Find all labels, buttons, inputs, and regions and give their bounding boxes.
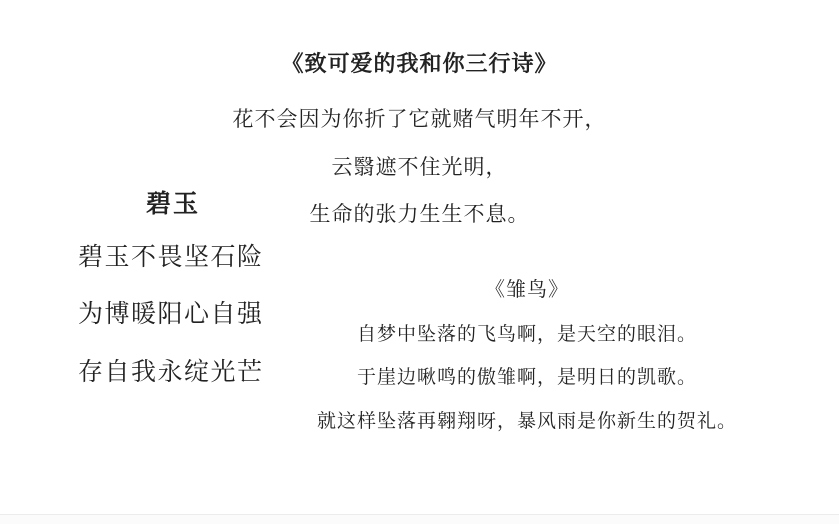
left-poem-line-3: 存自我永绽光芒 <box>78 352 318 388</box>
right-poem-title: 《雏鸟》 <box>312 273 742 302</box>
document-title: 《致可爱的我和你三行诗》 <box>0 47 839 78</box>
right-poem-line-3: 就这样坠落再翱翔呀，暴风雨是你新生的贺礼。 <box>312 406 742 433</box>
right-poem-line-1: 自梦中坠落的飞鸟啊，是天空的眼泪。 <box>312 319 742 346</box>
left-poem-title: 碧玉 <box>78 184 268 220</box>
page-bottom-strip <box>0 515 839 524</box>
three-line-poem-line-2: 云翳遮不住光明， <box>0 151 839 181</box>
right-poem-line-2: 于崖边啾鸣的傲雏啊，是明日的凯歌。 <box>312 362 742 389</box>
left-poem-line-1: 碧玉不畏坚石险 <box>78 237 318 273</box>
document-page: 《致可爱的我和你三行诗》 花不会因为你折了它就赌气明年不开， 云翳遮不住光明， … <box>0 0 839 524</box>
left-poem-line-2: 为博暖阳心自强 <box>78 294 318 330</box>
three-line-poem-line-1: 花不会因为你折了它就赌气明年不开， <box>0 103 839 133</box>
